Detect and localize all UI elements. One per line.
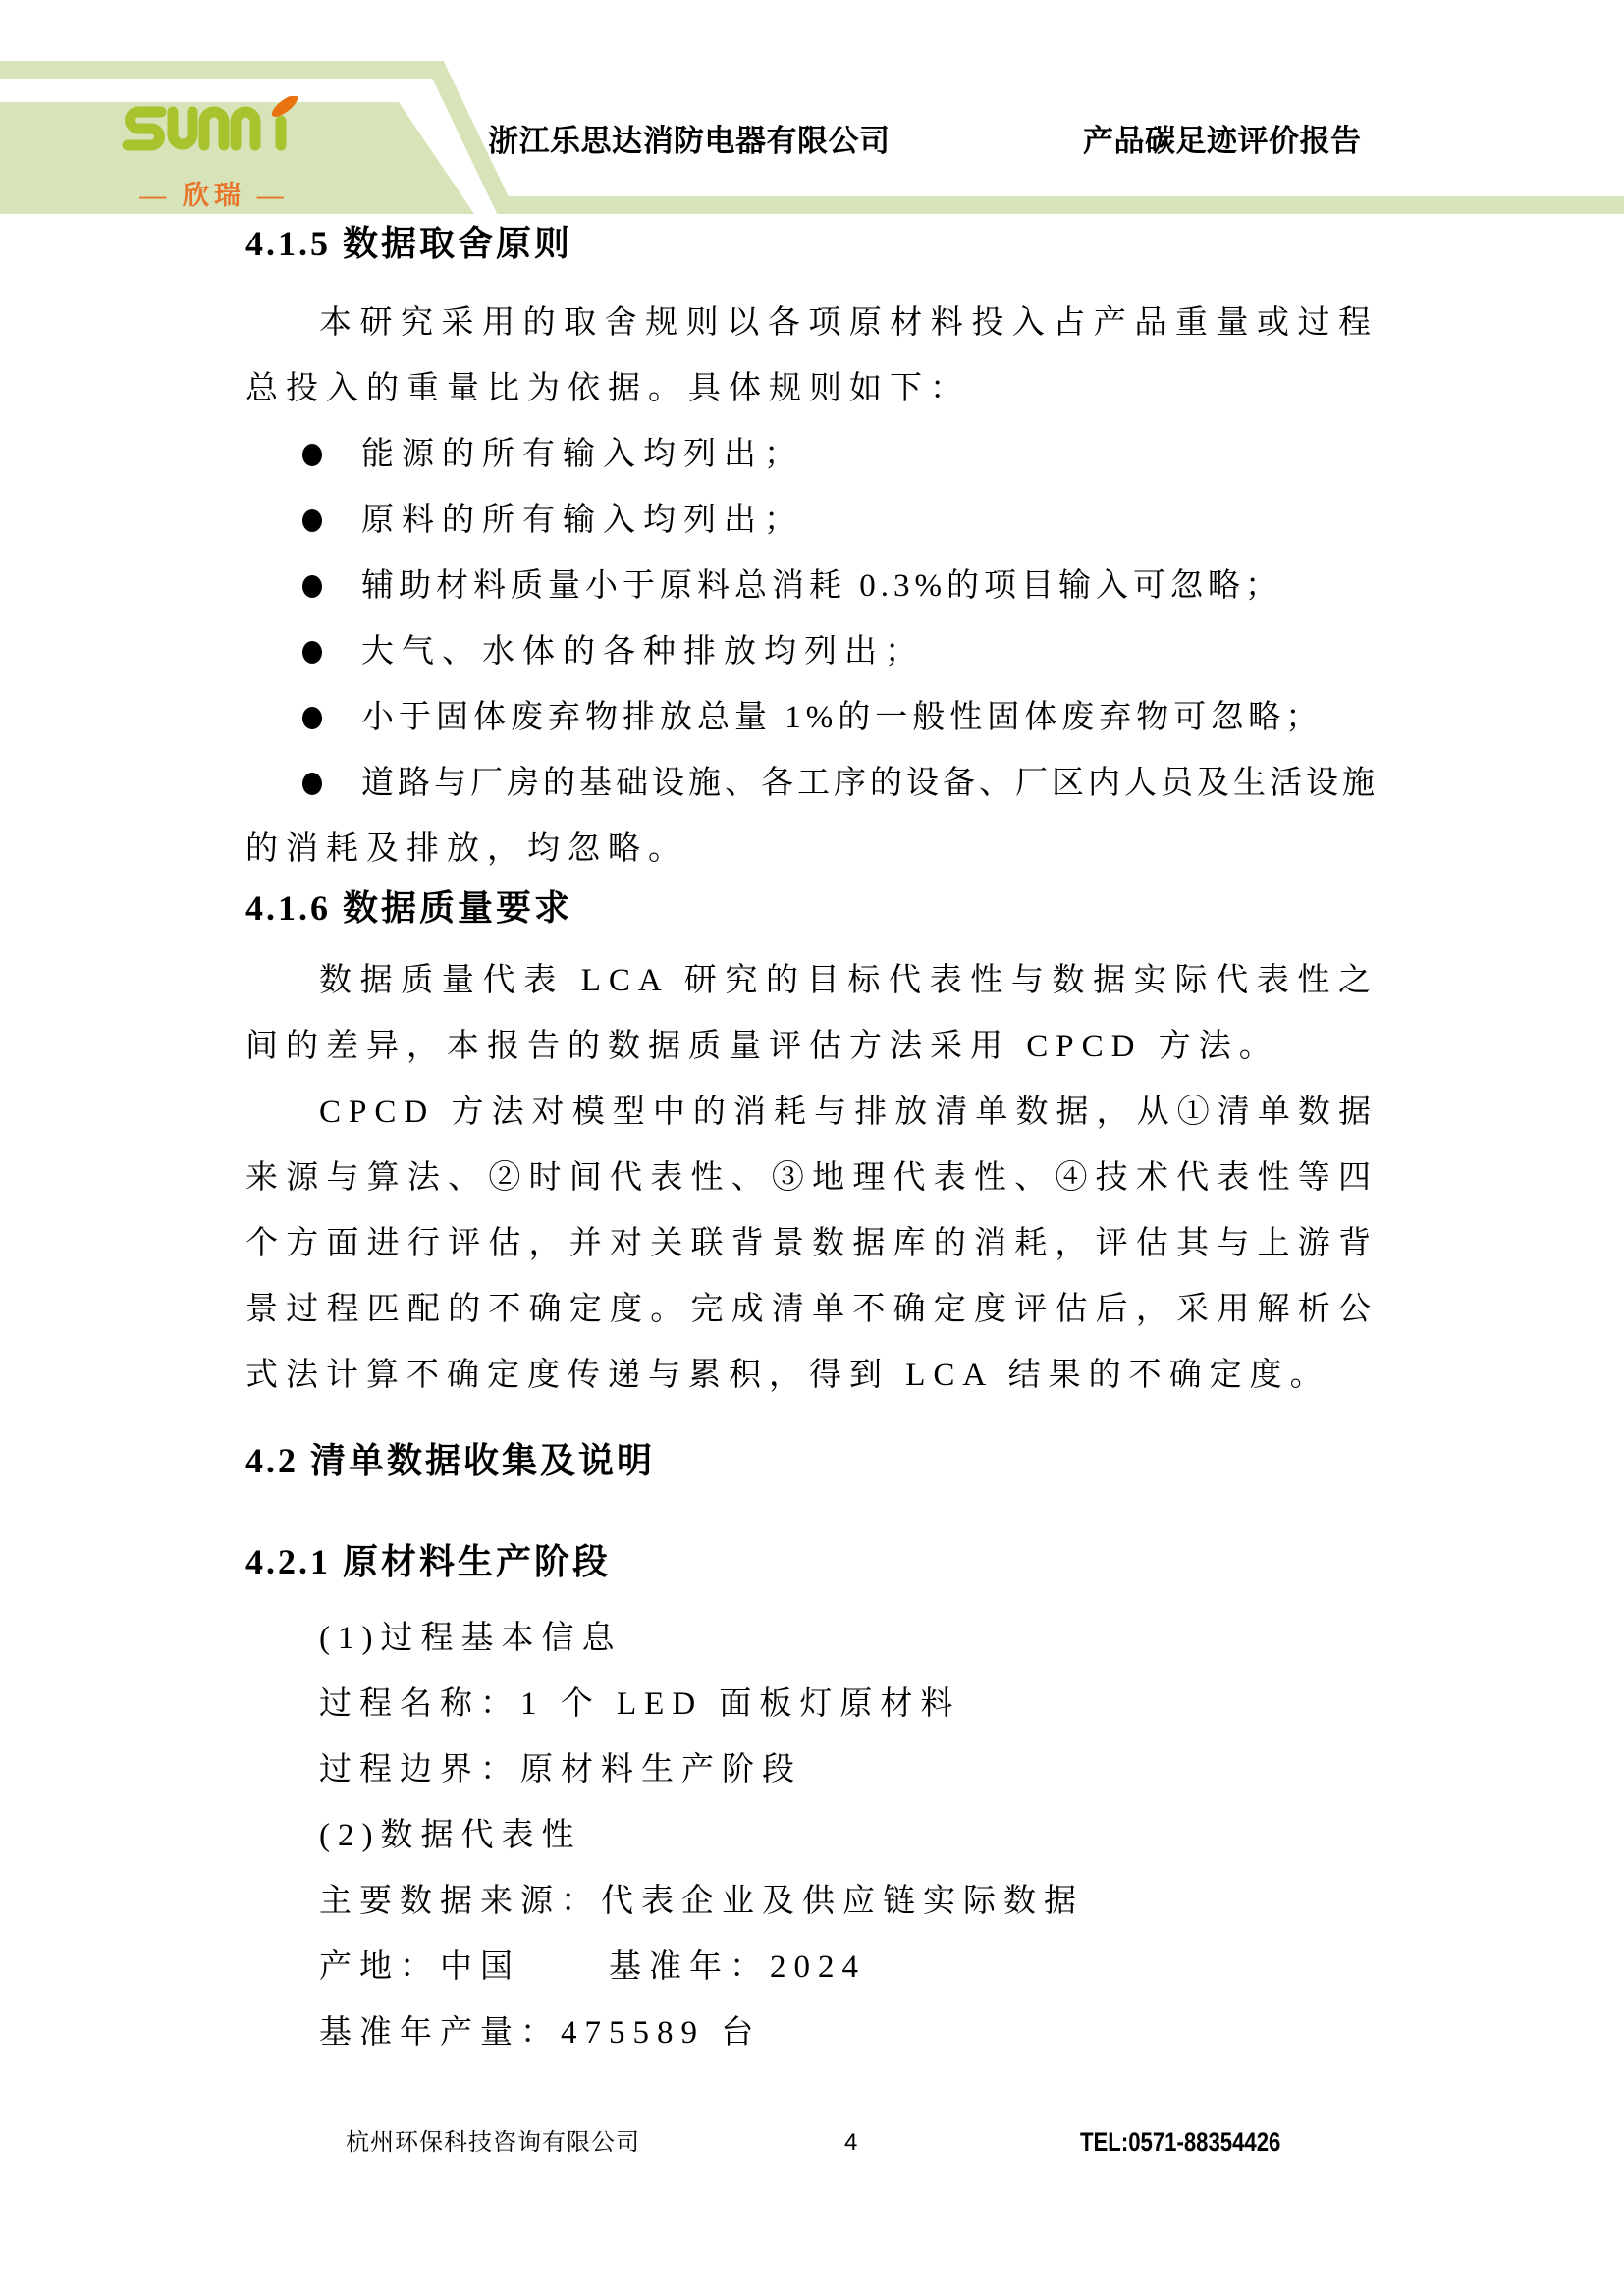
logo-sunni-wordmark [116, 96, 312, 167]
logo-letter-u [173, 112, 192, 144]
bullet-text: 小于固体废弃物排放总量 1%的一般性固体废弃物可忽略； [361, 700, 1323, 735]
paragraph-cutoff-rules: 本研究采用的取舍规则以各项原材料投入占产品重量或过程总投入的重量比为依据。具体规… [245, 291, 1379, 422]
origin-baseyear-line: 产地：中国基准年：2024 [319, 1935, 1452, 2001]
bullet-icon [302, 773, 322, 795]
footer-phone: TEL:0571-88354426 [1080, 2126, 1280, 2158]
list-item: 辅助材料质量小于原料总消耗 0.3%的项目输入可忽略； [245, 554, 1379, 619]
logo-letter-n2 [236, 112, 255, 145]
paragraph-data-quality-2: CPCD 方法对模型中的消耗与排放清单数据，从①清单数据来源与算法、②时间代表性… [245, 1080, 1379, 1409]
list-item: 原料的所有输入均列出； [245, 488, 1379, 554]
heading-4-1-5: 4.1.5 数据取舍原则 [245, 222, 572, 265]
base-year-value: 基准年：2024 [609, 1949, 866, 1985]
origin-value: 产地：中国 [319, 1949, 520, 1985]
logo-letter-s [128, 112, 161, 145]
representativeness-label: (2)数据代表性 [319, 1803, 1452, 1869]
header-company-name: 浙江乐思达消防电器有限公司 [488, 124, 891, 159]
heading-4-1-6: 4.1.6 数据质量要求 [245, 886, 572, 930]
bullet-text: 道路与厂房的基础设施、各工序的设备、厂区内人员及生活设施 [361, 766, 1379, 801]
basic-info-label: (1)过程基本信息 [319, 1606, 1452, 1672]
bullet-text: 能源的所有输入均列出； [361, 437, 804, 472]
bullet-text: 原料的所有输入均列出； [361, 503, 804, 538]
heading-4-2: 4.2 清单数据收集及说明 [245, 1439, 655, 1482]
bullet-continuation-line: 的消耗及排放，均忽略。 [245, 817, 1379, 882]
bullet-icon [302, 444, 322, 466]
cutoff-bullet-list: 能源的所有输入均列出； 原料的所有输入均列出； 辅助材料质量小于原料总消耗 0.… [245, 422, 1379, 817]
bullet-icon [302, 707, 322, 729]
base-year-output-line: 基准年产量：475589 台 [319, 2001, 1452, 2066]
bullet-icon [302, 641, 322, 664]
process-name-line: 过程名称：1 个 LED 面板灯原材料 [319, 1672, 1452, 1737]
bullet-text: 大气、水体的各种排放均列出； [361, 634, 925, 669]
bullet-text: 辅助材料质量小于原料总消耗 0.3%的项目输入可忽略； [361, 568, 1282, 604]
logo-leaf-icon [269, 96, 301, 121]
logo-subtitle: — 欣瑞 — [116, 174, 312, 212]
heading-4-2-1: 4.2.1 原材料生产阶段 [245, 1540, 611, 1583]
list-item: 能源的所有输入均列出； [245, 422, 1379, 488]
report-page: — 欣瑞 — 浙江乐思达消防电器有限公司 产品碳足迹评价报告 4.1.5 数据取… [0, 0, 1624, 2296]
bullet-icon [302, 509, 322, 532]
logo-letter-n1 [204, 112, 224, 145]
company-logo: — 欣瑞 — [116, 96, 312, 212]
bullet-icon [302, 575, 322, 598]
paragraph-data-quality-1: 数据质量代表 LCA 研究的目标代表性与数据实际代表性之间的差异，本报告的数据质… [245, 948, 1379, 1080]
header-report-title: 产品碳足迹评价报告 [1083, 124, 1362, 159]
footer-page-number: 4 [844, 2128, 857, 2158]
list-item: 小于固体废弃物排放总量 1%的一般性固体废弃物可忽略； [245, 685, 1379, 751]
list-item: 道路与厂房的基础设施、各工序的设备、厂区内人员及生活设施 [245, 751, 1379, 817]
raw-material-stage-info: (1)过程基本信息 过程名称：1 个 LED 面板灯原材料 过程边界：原材料生产… [245, 1606, 1452, 2066]
process-boundary-line: 过程边界：原材料生产阶段 [319, 1737, 1452, 1803]
footer-company: 杭州环保科技咨询有限公司 [346, 2128, 640, 2158]
data-source-line: 主要数据来源：代表企业及供应链实际数据 [319, 1869, 1452, 1935]
list-item: 大气、水体的各种排放均列出； [245, 619, 1379, 685]
